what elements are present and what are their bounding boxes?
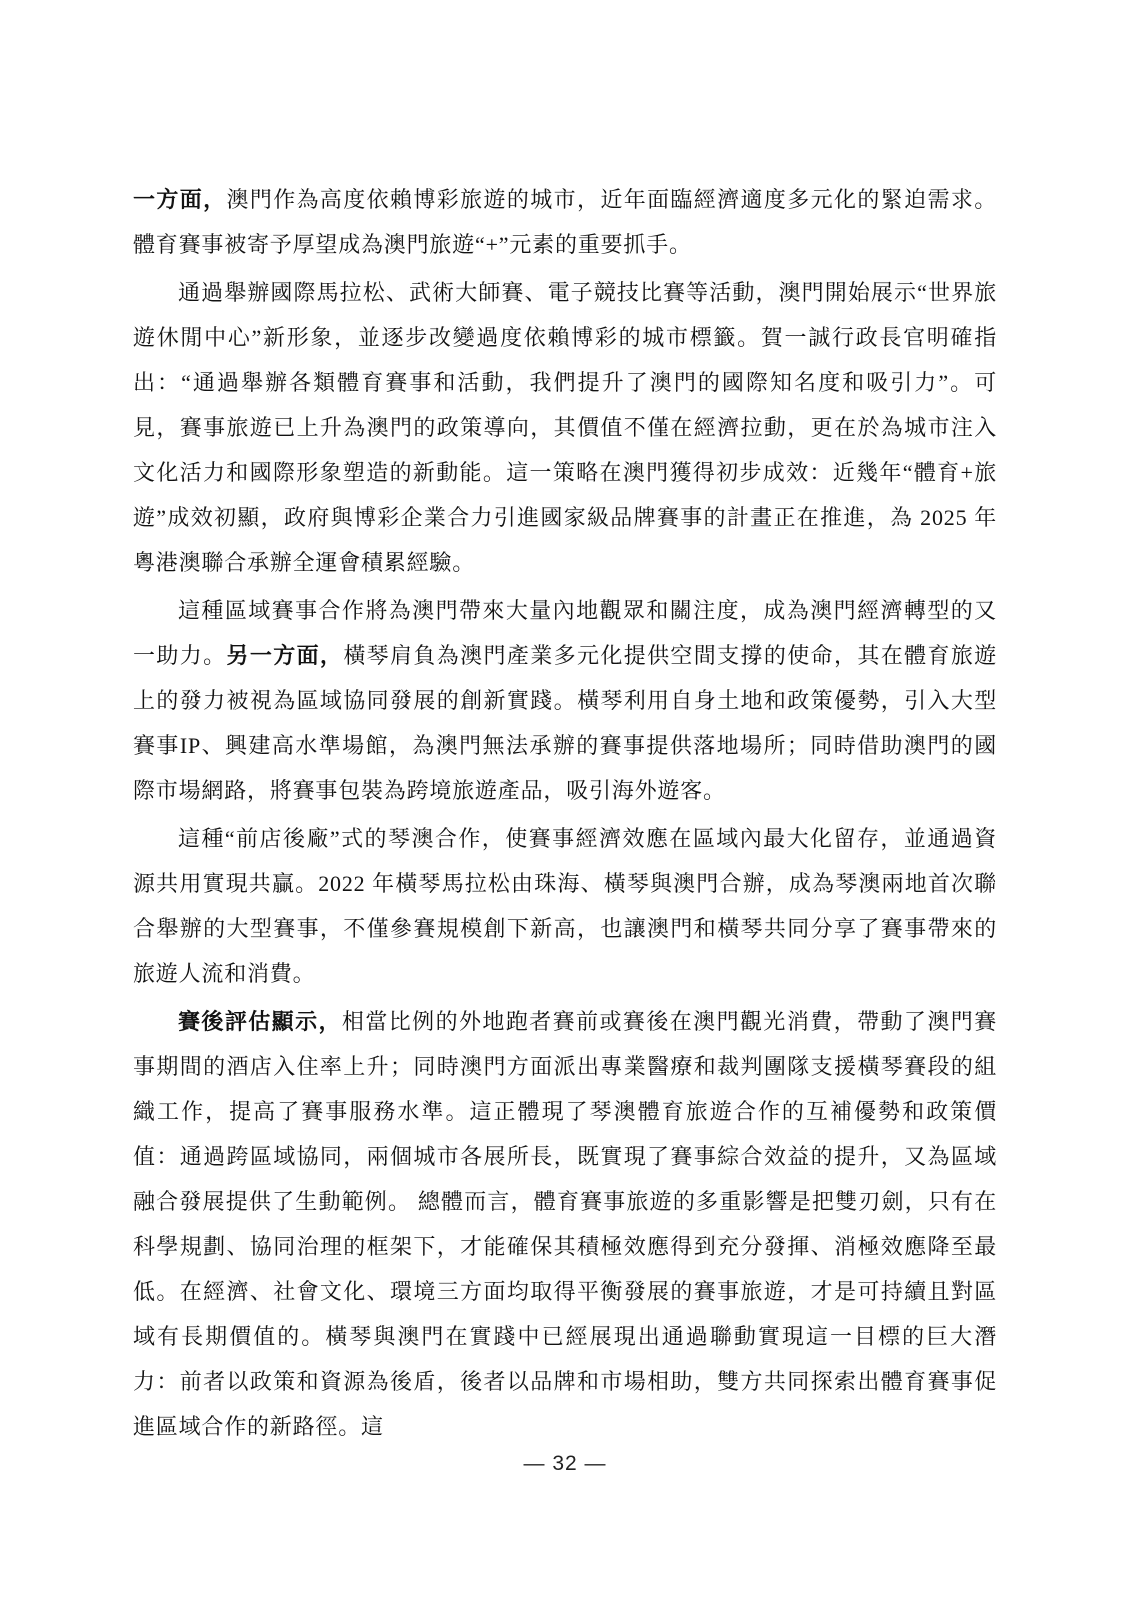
paragraph: 一方面，澳門作為高度依賴博彩旅遊的城市，近年面臨經濟適度多元化的緊迫需求。體育賽… (133, 177, 997, 267)
document-page: 一方面，澳門作為高度依賴博彩旅遊的城市，近年面臨經濟適度多元化的緊迫需求。體育賽… (0, 0, 1130, 1600)
paragraph: 這種區域賽事合作將為澳門帶來大量內地觀眾和關注度，成為澳門經濟轉型的又一助力。另… (133, 588, 997, 813)
bold-text-run: 賽後評估顯示， (178, 1009, 342, 1034)
paragraph: 賽後評估顯示，相當比例的外地跑者賽前或賽後在澳門觀光消費，帶動了澳門賽事期間的酒… (133, 999, 997, 1449)
page-number: — 32 — (0, 1452, 1130, 1476)
bold-text-run: 另一方面， (226, 643, 343, 668)
document-body: 一方面，澳門作為高度依賴博彩旅遊的城市，近年面臨經濟適度多元化的緊迫需求。體育賽… (133, 177, 997, 1452)
text-run: 澳門作為高度依賴博彩旅遊的城市，近年面臨經濟適度多元化的緊迫需求。體育賽事被寄予… (133, 187, 997, 257)
text-run: 這種“前店後廠”式的琴澳合作，使賽事經濟效應在區域內最大化留存，並通過資源共用實… (133, 826, 997, 986)
paragraph: 這種“前店後廠”式的琴澳合作，使賽事經濟效應在區域內最大化留存，並通過資源共用實… (133, 816, 997, 996)
text-run: 通過舉辦國際馬拉松、武術大師賽、電子競技比賽等活動，澳門開始展示“世界旅遊休閒中… (133, 280, 997, 575)
text-run: 相當比例的外地跑者賽前或賽後在澳門觀光消費，帶動了澳門賽事期間的酒店入住率上升；… (133, 1009, 997, 1439)
bold-text-run: 一方面， (133, 187, 226, 212)
paragraph: 通過舉辦國際馬拉松、武術大師賽、電子競技比賽等活動，澳門開始展示“世界旅遊休閒中… (133, 270, 997, 585)
